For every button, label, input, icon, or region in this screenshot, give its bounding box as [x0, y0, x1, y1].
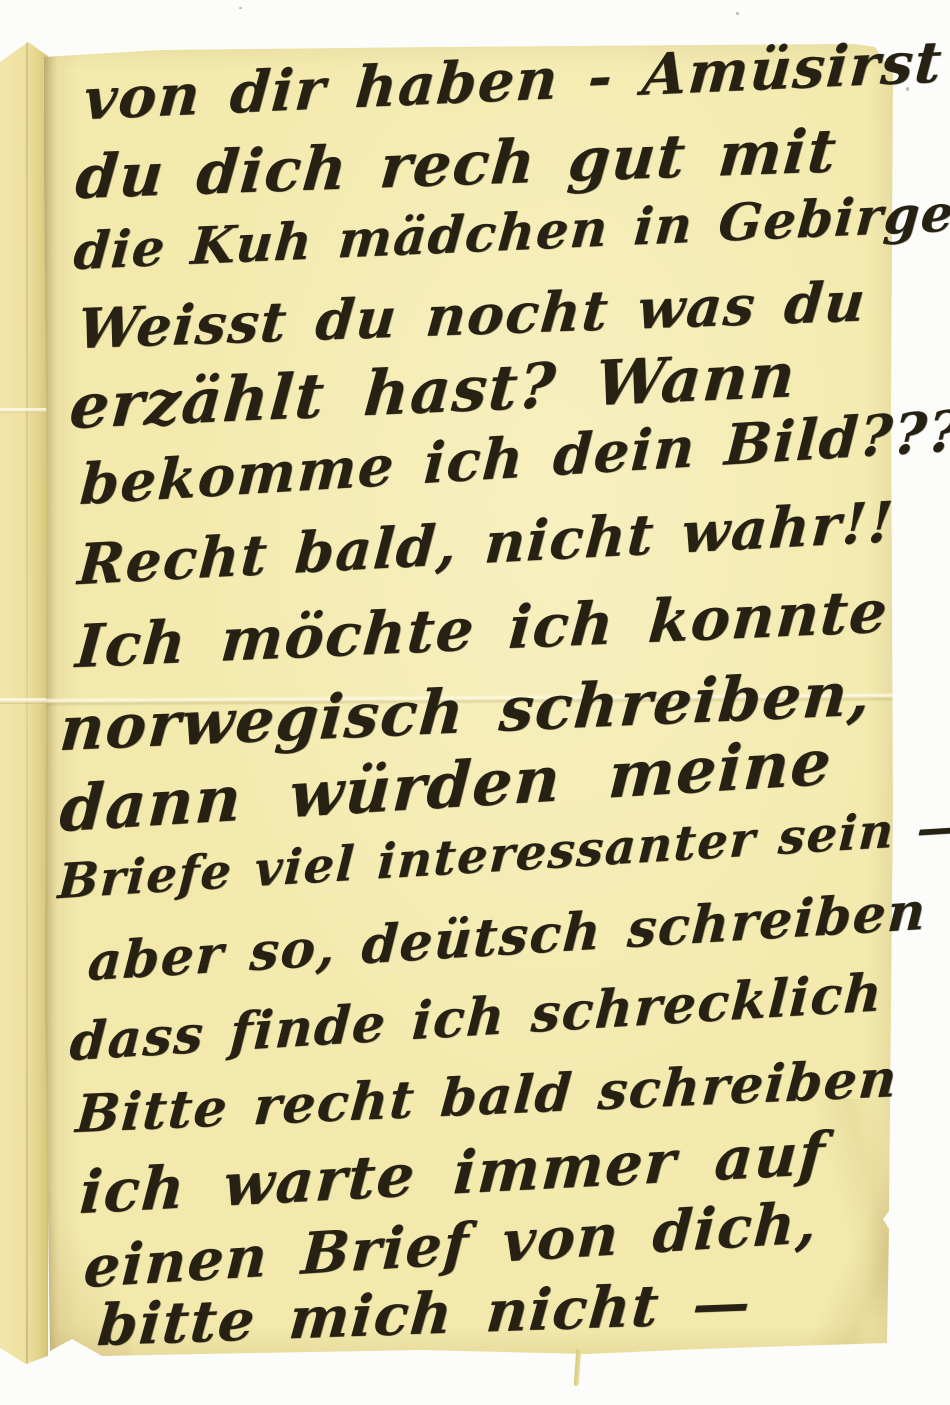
horizontal-crease	[0, 408, 48, 413]
folded-page-edge	[0, 40, 48, 1364]
dust-speck	[736, 12, 739, 15]
horizontal-crease	[0, 698, 48, 704]
dust-speck	[239, 7, 242, 9]
torn-paper-fiber	[574, 1349, 582, 1386]
scanned-letter-page: von dir haben - Amüsirst du dich rech gu…	[0, 0, 950, 1405]
